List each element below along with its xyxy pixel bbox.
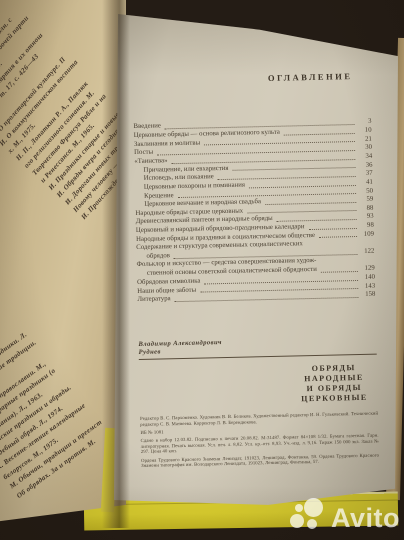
toc-page-number: 140	[361, 274, 375, 283]
contents-heading: ОГЛАВЛЕНИЕ	[132, 71, 370, 86]
toc-entry-title: Посты	[134, 149, 153, 158]
avito-wordmark: Avito	[331, 505, 400, 532]
toc-page-number: 88	[359, 204, 373, 213]
contents-page: ОГЛАВЛЕНИЕ Введение3Церковные обряды — о…	[110, 0, 398, 540]
colophon-production: Сдано в набор 12.03.82. Подписано к печа…	[141, 434, 379, 456]
avito-logo-icon	[290, 498, 326, 532]
toc-entry-title: Заклинания и молитвы	[134, 139, 200, 149]
page-content: ОГЛАВЛЕНИЕ Введение3Церковные обряды — о…	[131, 0, 380, 472]
gutter-shadow	[102, 0, 130, 528]
toc-page-number: 98	[360, 222, 374, 231]
toc-page-number: 59	[359, 196, 373, 205]
toc-page-number: 30	[358, 144, 372, 153]
toc-page-number: 3	[357, 118, 371, 127]
toc-page-number: 50	[359, 187, 373, 196]
toc-page-number: 143	[361, 282, 375, 291]
toc-page-number: 158	[361, 291, 375, 300]
toc-entry-title: Крещение	[144, 192, 174, 201]
toc-page-number: 122	[360, 248, 374, 257]
toc-dot-leader	[321, 271, 358, 273]
toc-page-number: 36	[358, 161, 372, 170]
book-title-block: ОБРЯДЫ НАРОДНЫЕ И ОБРЯДЫ ЦЕРКОВНЫЕ	[300, 362, 367, 404]
toc-page-number: 129	[361, 265, 375, 274]
avito-watermark: Avito	[290, 498, 400, 532]
toc-entry-title: Наши общие заботы	[137, 286, 196, 296]
toc-page-number: 109	[360, 230, 374, 239]
toc-page-number: 41	[359, 179, 373, 188]
toc-page-number: 34	[358, 153, 372, 162]
toc-entry-title: Введение	[133, 123, 161, 132]
toc-dot-leader	[175, 297, 359, 302]
toc-page-number: 21	[358, 135, 372, 144]
toc-entry-title: «Таинства»	[134, 157, 167, 166]
toc-page-number: 10	[358, 127, 372, 136]
toc-list: Введение3Церковные обряды — основа религ…	[133, 118, 375, 305]
toc-dot-leader	[319, 236, 357, 238]
title-line: ЦЕРКОВНЫЕ	[301, 393, 368, 405]
colophon: Редактор В. С. Пархоменко. Художник В. В…	[140, 412, 379, 470]
colophon-imprint: Ордена Трудового Красного Знамени Ленизд…	[141, 453, 379, 470]
book-photo: Социализм и религия. Полн. сИ. Об отноше…	[0, 0, 404, 540]
toc-entry-title: Литература	[137, 295, 170, 304]
toc-page-number: 37	[359, 170, 373, 179]
toc-page-number: 93	[360, 213, 374, 222]
